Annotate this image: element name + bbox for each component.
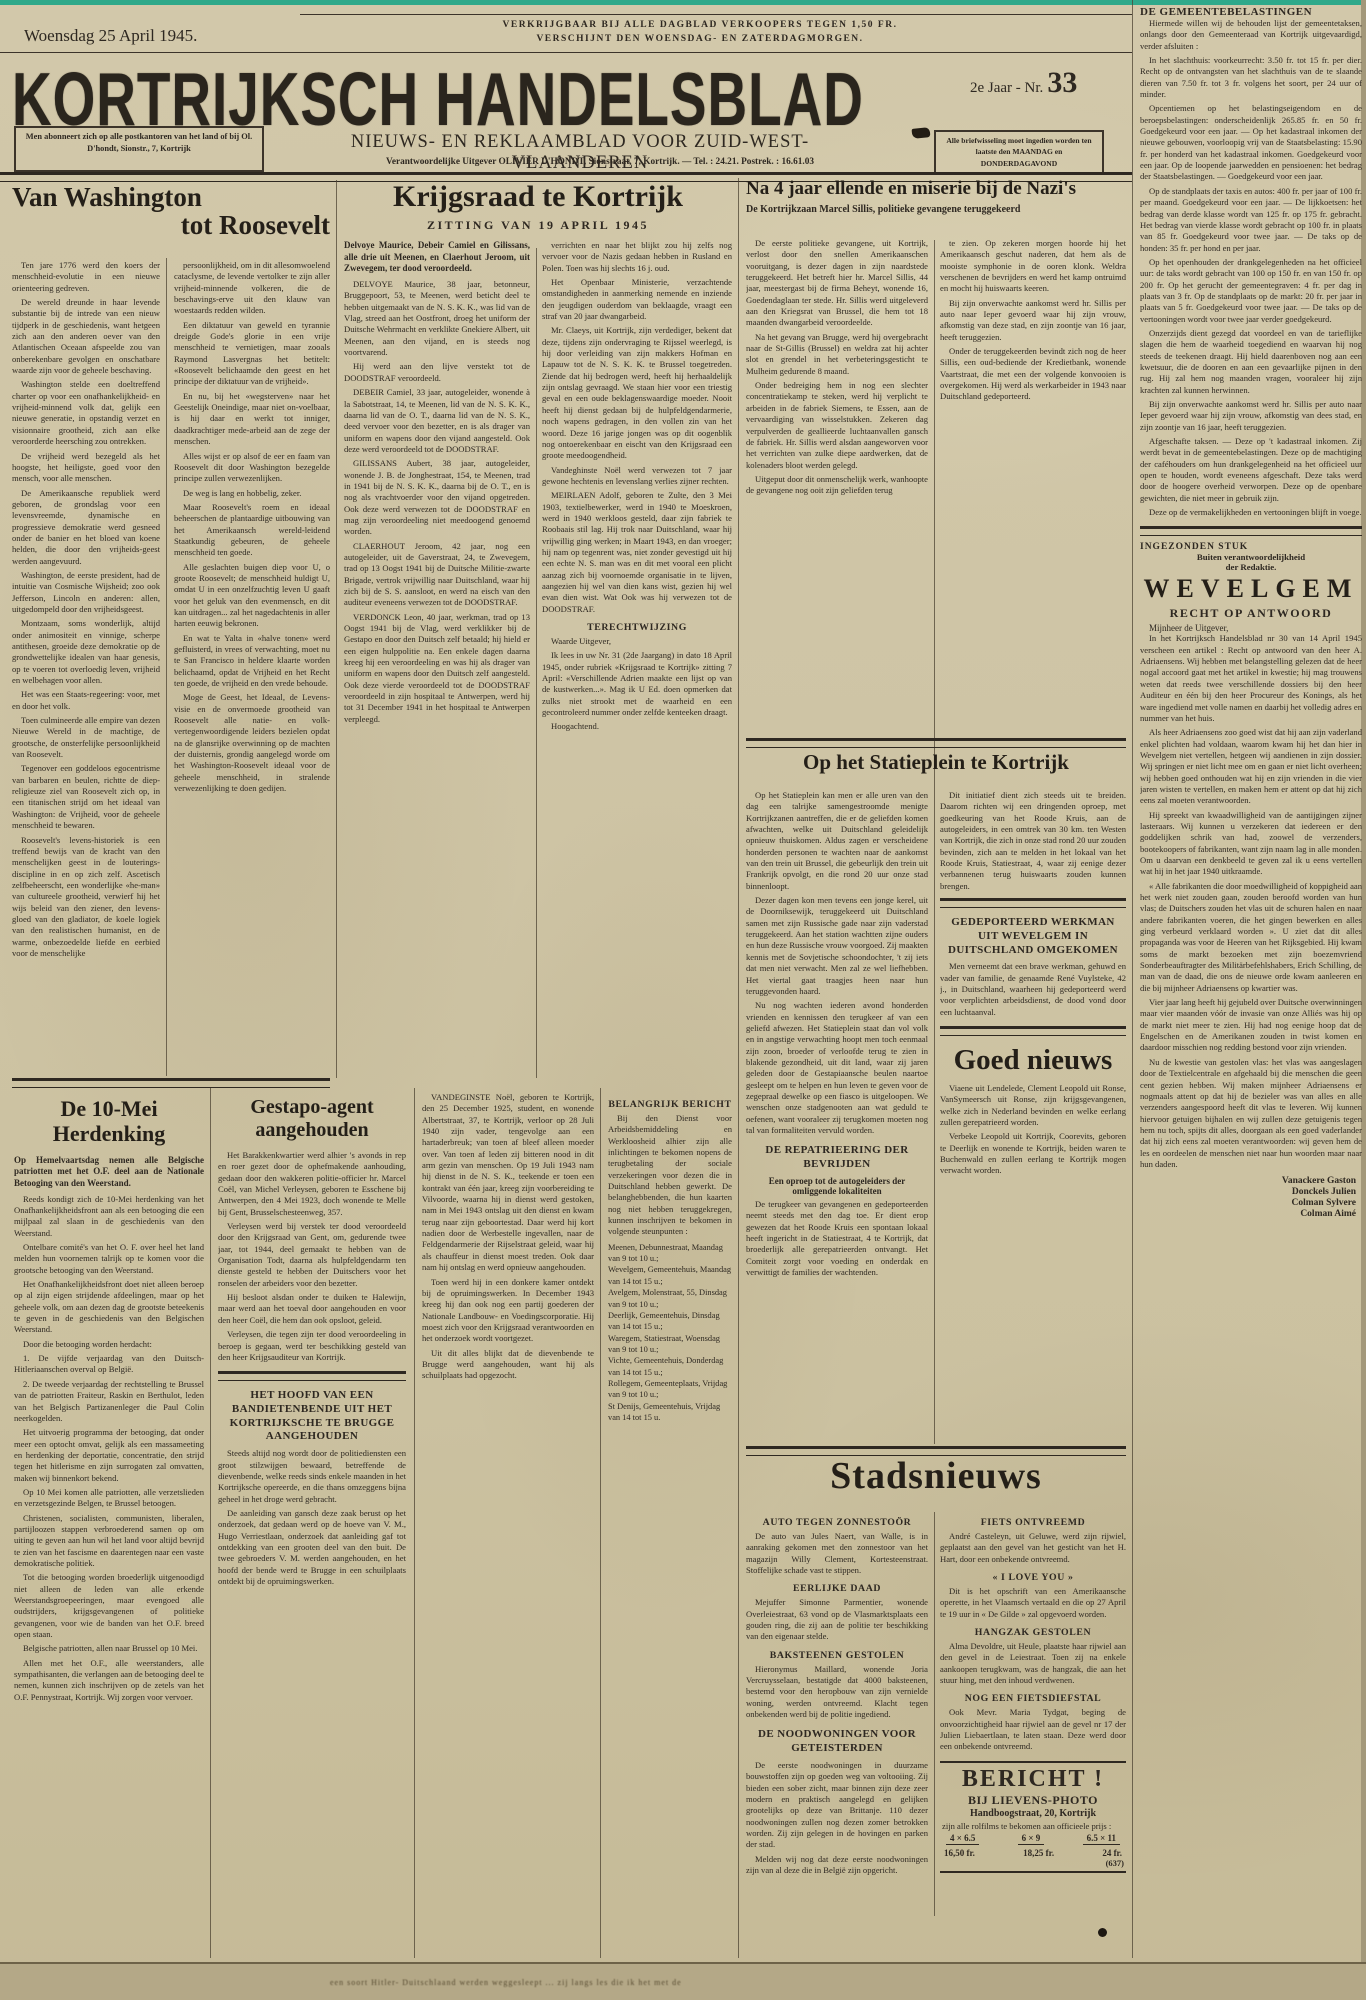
gemeente-body: Hiermede willen wij de behouden lijst de… — [1140, 18, 1362, 518]
price-2: 18,25 fr. — [1023, 1848, 1054, 1858]
header-rule-top — [300, 14, 1132, 15]
statieplein-headline: Op het Statieplein te Kortrijk — [746, 750, 1126, 775]
tenmei-body: Reeds kondigt zich de 10-Mei herdenking … — [14, 1194, 204, 1703]
section-rule — [218, 1371, 406, 1381]
gedeporteerd-heading: GEDEPORTEERD WERKMAN UIT WEVELGEM IN DUI… — [940, 916, 1126, 957]
paragraph: GILISSANS Aubert, 38 jaar, autogeleider,… — [344, 458, 530, 537]
paragraph: De vrijheid werd bezegeld als het hoogst… — [12, 451, 160, 485]
paragraph: 2. De tweede verjaardag der rechtstellin… — [14, 1379, 204, 1424]
paragraph: Steeds altijd nog wordt door de politied… — [218, 1448, 406, 1505]
paragraph: De weg is lang en hobbelig, zeker. — [174, 488, 330, 499]
stadsnieuws-col1: AUTO TEGEN ZONNESTOÖR De auto van Jules … — [746, 1510, 928, 1956]
krijgsraad-col1-body: DELVOYE Maurice, 38 jaar, betonneur, Bru… — [344, 279, 530, 725]
paragraph: Alles wijst er op alsof de eer en faam v… — [174, 451, 330, 485]
paragraph: Rollegem, Gemeenteplaats, Vrijdag van 9 … — [608, 1378, 732, 1401]
price-line-2: VERSCHIJNT DEN WOENSDAG- EN ZATERDAGMORG… — [320, 34, 1080, 44]
ingezonden-kicker: INGEZONDEN STUK — [1140, 542, 1362, 552]
paragraph: Onder bedreiging hem in nog een slechter… — [746, 380, 928, 471]
lead-paragraph: Delvoye Maurice, Debeir Camiel en Giliss… — [344, 240, 530, 275]
section-rule — [1140, 526, 1362, 536]
paragraph: Op 10 Mei komen alle patriotten, alle ve… — [14, 1487, 204, 1510]
paragraph: Hiermede willen wij de behouden lijst de… — [1140, 18, 1362, 52]
price-line-1: VERKRIJGBAAR BIJ ALLE DAGBLAD VERKOOPERS… — [320, 20, 1080, 30]
item-heading: HANGZAK GESTOLEN — [940, 1627, 1126, 1638]
statieplein-col2: Dit initiatief dient zich steeds uit te … — [940, 790, 1126, 1444]
issue-date: Woensdag 25 April 1945. — [24, 26, 197, 46]
paragraph: persoonlijkheid, om in dit allesomwoelen… — [174, 260, 330, 317]
paragraph: Mr. Claeys, uit Kortrijk, zijn verdedige… — [542, 325, 732, 461]
paragraph: Belgische patriotten, allen naar Brussel… — [14, 1643, 204, 1654]
paragraph: En wat te Yalta in «halve tonen» werd ge… — [174, 633, 330, 690]
statieplein-col1: Op het Statieplein kan men er alle uren … — [746, 790, 928, 1444]
newspaper-page: VERKRIJGBAAR BIJ ALLE DAGBLAD VERKOOPERS… — [0, 0, 1366, 2000]
paragraph: Hij besloot alsdan onder te duiken te Ha… — [218, 1292, 406, 1326]
column-rule — [336, 180, 337, 1078]
paragraph: Ik lees in uw Nr. 31 (2de Jaargang) in d… — [542, 650, 732, 718]
paragraph: Dit initiatief dient zich steeds uit te … — [940, 790, 1126, 892]
paragraph: Toen werd hij in een donkere kamer ontde… — [422, 1277, 594, 1345]
paragraph: Allen met het O.F., alle weerstanders, a… — [14, 1658, 204, 1703]
goednieuws-heading: Goed nieuws — [940, 1044, 1126, 1077]
column-rule — [600, 1088, 601, 1958]
paragraph: Montzaam, soms wonderlijk, altijd onder … — [12, 618, 160, 686]
item-heading: EERLIJKE DAAD — [746, 1583, 928, 1594]
item-body: Mejuffer Simonne Parmentier, wonende Ove… — [746, 1597, 928, 1642]
paragraph: En nu, bij het «wegsterven» naar het Gee… — [174, 391, 330, 448]
bericht-prices: 16,50 fr. 18,25 fr. 24 fr. — [942, 1845, 1124, 1858]
item-body: Melden wij nog dat deze eerste noodwonin… — [746, 1854, 928, 1877]
bericht-line1: BIJ LIEVENS-PHOTO — [942, 1793, 1124, 1808]
tenmei-heading: De 10-Mei Herdenking — [14, 1096, 204, 1147]
paragraph: Tegenover een goddeloos egocentrisme van… — [12, 763, 160, 831]
item-body: Dit is het opschrift van een Amerikaansc… — [940, 1586, 1126, 1620]
column-rule — [738, 178, 739, 1958]
item-body: De eerste noodwoningen in duurzame bouws… — [746, 1760, 928, 1851]
paragraph: Tot die betooging worden broederlijk uit… — [14, 1572, 204, 1640]
paragraph: Donckels Julien — [1140, 1187, 1356, 1197]
paragraph: Vandeghinste Noël werd verwezen tot 7 ja… — [542, 465, 732, 488]
wevelgem-subheading: RECHT OP ANTWOORD — [1140, 606, 1362, 621]
bericht-advert: BERICHT ! BIJ LIEVENS-PHOTO Handboogstra… — [940, 1761, 1126, 1873]
paragraph: De eerste politieke gevangene, uit Kortr… — [746, 238, 928, 329]
item-body: De auto van Jules Naert, van Walle, is i… — [746, 1531, 928, 1576]
bericht-title: BERICHT ! — [942, 1767, 1124, 1791]
correspondence-box: Alle briefwisseling moet ingedien worden… — [934, 130, 1104, 174]
wevelgem-heading: WEVELGEM — [1140, 574, 1362, 604]
paragraph: De wereld dreunde in haar levende substa… — [12, 297, 160, 376]
paragraph: Vanackere Gaston — [1140, 1176, 1356, 1186]
paragraph: Colman Sylvere — [1140, 1198, 1356, 1208]
paragraph: te zien. Op zekeren morgen hoorde hij he… — [940, 238, 1126, 295]
column-rule — [414, 1088, 415, 1958]
paragraph: Een diktatuur van geweld en tyrannie dre… — [174, 320, 330, 388]
paragraph: Ontelbare comité's van het O. F. over he… — [14, 1242, 204, 1276]
paragraph: Het was een Staats-regeering: voor, met … — [12, 689, 160, 712]
paragraph: Toen culmineerde alle empire van dezen N… — [12, 715, 160, 760]
paragraph: DELVOYE Maurice, 38 jaar, betonneur, Bru… — [344, 279, 530, 358]
stadsnieuws-heading: Stadsnieuws — [746, 1454, 1126, 1498]
article-washington-headline: Van Washington tot Roosevelt — [12, 182, 330, 241]
bericht-sizes: 4 × 6.5 6 × 9 6.5 × 11 — [942, 1833, 1124, 1845]
belangrijk-body: Bij den Dienst voor Arbeidsbemiddeling e… — [608, 1113, 732, 1238]
torn-page-edge: een soort Hitler- Duitschlaand werden we… — [0, 1962, 1366, 2000]
paragraph: Colman Aimé — [1140, 1209, 1356, 1219]
paragraph: Uitgeput door dit onmenschelijk werk, wa… — [746, 474, 928, 497]
section-rule — [746, 738, 1126, 748]
item-body: André Casteleyn, uit Geluwe, werd zijn r… — [940, 1531, 1126, 1565]
paragraph: Washington stelde een doeltreffend chart… — [12, 379, 160, 447]
paragraph: Waregem, Statiestraat, Woensdag van 9 to… — [608, 1333, 732, 1356]
edition-label: 2e Jaar - Nr. 33 — [970, 66, 1130, 100]
item-body: Ook Mevr. Maria Tydgat, beging de onvoor… — [940, 1707, 1126, 1752]
gemeente-heading: DE GEMEENTEBELASTINGEN — [1140, 6, 1362, 18]
paragraph: Roosevelt's levens-historiek is een tref… — [12, 835, 160, 960]
bericht-line2: Handboogstraat, 20, Kortrijk — [942, 1808, 1124, 1819]
scan-edge-top — [0, 0, 1366, 5]
bericht-note: (637) — [942, 1858, 1124, 1868]
size-3: 6.5 × 11 — [1083, 1833, 1120, 1845]
paragraph: Deze op de vermakelijkheden en vertoonin… — [1140, 507, 1362, 518]
section-rule — [12, 1078, 330, 1088]
paragraph: Hij spreekt van kwaadwilligheid van de a… — [1140, 810, 1362, 878]
krijgsraad-lower-col2: BELANGRIJK BERICHT Bij den Dienst voor A… — [608, 1092, 732, 1958]
paragraph: Als heer Adriaensens zoo goed wist dat h… — [1140, 727, 1362, 806]
ingezonden-kicker3: der Redaktie. — [1140, 562, 1362, 572]
headline-line2: tot Roosevelt — [12, 210, 330, 241]
paragraph: Deerlijk, Gemeentehuis, Dinsdag van 14 t… — [608, 1310, 732, 1333]
bandieten-heading: HET HOOFD VAN EEN BANDIETENBENDE UIT HET… — [218, 1389, 406, 1444]
item-heading: NOG EEN FIETSDIEFSTAL — [940, 1693, 1126, 1704]
paragraph: Door die betooging worden herdacht: — [14, 1339, 204, 1350]
column-rule — [166, 258, 167, 1076]
paragraph: Christenen, socialisten, communisten, li… — [14, 1513, 204, 1570]
paragraph: Moge de Geest, het Ideaal, de Levens-vis… — [174, 692, 330, 794]
paragraph: De Amerikaansche republiek werd geboren,… — [12, 488, 160, 567]
paragraph: Waarde Uitgever, — [542, 636, 732, 647]
paragraph: Bij den Dienst voor Arbeidsbemiddeling e… — [608, 1113, 732, 1238]
newspaper-subtitle: NIEUWS- EN REKLAAMBLAD VOOR ZUID-WEST-VL… — [300, 132, 860, 174]
paragraph: Vier jaar lang heeft hij gejubeld over D… — [1140, 997, 1362, 1054]
column-rule — [1132, 0, 1133, 1958]
bandieten-body: Steeds altijd nog wordt door de politied… — [218, 1448, 406, 1587]
terechtwijzing-heading: TERECHTWIJZING — [542, 622, 732, 633]
column-rule — [210, 1088, 211, 1958]
goednieuws-body: Viaene uit Lendelede, Clement Leopold ui… — [940, 1083, 1126, 1177]
paragraph: Na het gevang van Brugge, werd hij overg… — [746, 332, 928, 377]
ink-speck — [1098, 1928, 1107, 1937]
item-heading: DE NOODWONINGEN VOOR GETEISTERDEN — [746, 1728, 928, 1756]
paragraph: Hij werd aan den lijve verstekt tot de D… — [344, 361, 530, 384]
ingezonden-kicker2: Buiten verantwoordelijkheid — [1140, 552, 1362, 562]
subheadline: ZITTING VAN 19 APRIL 1945 — [344, 218, 732, 233]
paragraph: DEBEIR Camiel, 33 jaar, autogeleider, wo… — [344, 387, 530, 455]
paragraph: verrichten en naar het blijkt zou hij ze… — [542, 240, 732, 274]
paragraph: Het Openbaar Ministerie, verzachtende om… — [542, 277, 732, 322]
washington-col2: persoonlijkheid, om in dit allesomwoelen… — [174, 260, 330, 1078]
column-rule — [934, 1512, 935, 1916]
item-heading: BAKSTEENEN GESTOLEN — [746, 1650, 928, 1661]
paragraph: Afgeschafte taksen. — Deze op 't kadastr… — [1140, 436, 1362, 504]
paragraph: Nu nog wachten iederen avond honderden v… — [746, 1000, 928, 1136]
article-na4jaar-headline: Na 4 jaar ellende en miserie bij de Nazi… — [746, 178, 1128, 215]
wevelgem-letter-body: In het Kortrijksch Handelsblad nr 30 van… — [1140, 633, 1362, 1170]
column-rule — [536, 248, 537, 1078]
edition-number: 33 — [1047, 66, 1077, 99]
paragraph: Opcentiemen op het belastingseigendom en… — [1140, 103, 1362, 182]
right-rail: DE GEMEENTEBELASTINGEN Hiermede willen w… — [1140, 6, 1362, 1956]
paragraph: Vichte, Gemeentehuis, Donderdag van 14 t… — [608, 1355, 732, 1378]
paragraph: Verleysen werd bij verstek ter dood vero… — [218, 1221, 406, 1289]
paragraph: In het Kortrijksch Handelsblad nr 30 van… — [1140, 633, 1362, 724]
header-rule-mid — [0, 52, 1132, 53]
column-rule — [934, 240, 935, 1444]
bericht-line3: zijn alle rolfilms te bekomen aan offici… — [942, 1821, 1124, 1831]
price-3: 24 fr. — [1102, 1848, 1122, 1858]
paragraph: St Denijs, Gemeentehuis, Vrijdag van 14 … — [608, 1401, 732, 1424]
torn-text-fragment: een soort Hitler- Duitschlaand werden we… — [330, 1978, 1366, 1987]
headline: Na 4 jaar ellende en miserie bij de Nazi… — [746, 178, 1128, 200]
gedeporteerd-body: Men verneemt dat een brave werkman, gehu… — [940, 961, 1126, 1018]
publisher-line: Verantwoordelijke Uitgever OLIVIER D'HON… — [280, 157, 920, 167]
steunpunten-schedule: Meenen, Debunnestraat, Maandag van 9 tot… — [608, 1242, 732, 1424]
paragraph: Uit dit alles blijkt dat de dievenbende … — [422, 1348, 594, 1382]
paragraph: Op het openhouden der drankgelegenheden … — [1140, 257, 1362, 325]
paragraph: Hoogachtend. — [542, 721, 732, 732]
belangrijk-heading: BELANGRIJK BERICHT — [608, 1099, 732, 1110]
gestapo-heading: Gestapo-agent aangehouden — [218, 1096, 406, 1142]
paragraph: 1. De vijfde verjaardag van den Duitsch-… — [14, 1353, 204, 1376]
repatrieering-body: De terugkeer van gevangenen en gedeporte… — [746, 1199, 928, 1278]
paragraph: Bij zijn onverwachte aankomst werd hr. S… — [940, 298, 1126, 343]
size-1: 4 × 6.5 — [946, 1833, 979, 1845]
paragraph: Het uitvoerig programma der betooging, d… — [14, 1427, 204, 1484]
krijgsraad-col2-body: verrichten en naar het blijkt zou hij ze… — [542, 240, 732, 615]
paragraph: Avelgem, Molenstraat, 55, Dinsdag van 9 … — [608, 1287, 732, 1310]
na4jaar-col2: te zien. Op zekeren morgen hoorde hij he… — [940, 238, 1126, 736]
item-heading: AUTO TEGEN ZONNESTOÖR — [746, 1517, 928, 1528]
statieplein-col2-body: Dit initiatief dient zich steeds uit te … — [940, 790, 1126, 892]
paragraph: Washington, de eerste president, had de … — [12, 570, 160, 615]
paragraph: Verbeke Leopold uit Kortrijk, Coorevits,… — [940, 1131, 1126, 1176]
paragraph: Verleysen, die tegen zijn ter dood veroo… — [218, 1329, 406, 1363]
terechtwijzing-body: Waarde Uitgever,Ik lees in uw Nr. 31 (2d… — [542, 636, 732, 733]
paragraph: In het slachthuis: voorkeurrecht: 3.50 f… — [1140, 55, 1362, 100]
salutation: Mijnheer de Uitgever, — [1140, 623, 1362, 633]
paragraph: « Alle fabrikanten die door moedwillighe… — [1140, 881, 1362, 994]
paragraph: De terugkeer van gevangenen en gedeporte… — [746, 1199, 928, 1278]
paragraph: CLAERHOUT Jeroom, 42 jaar, nog een autog… — [344, 541, 530, 609]
edition-prefix: 2e Jaar - Nr. — [970, 80, 1043, 96]
paragraph: Dezer dagen kon men tevens een jonge ker… — [746, 895, 928, 997]
paragraph: VANDEGINSTE Noël, geboren te Kortrijk, d… — [422, 1092, 594, 1274]
paragraph: MEIRLAEN Adolf, geboren te Zulte, den 3 … — [542, 490, 732, 615]
size-2: 6 × 9 — [1018, 1833, 1045, 1845]
paragraph: Ten jare 1776 werd den koers der menschh… — [12, 260, 160, 294]
paragraph: Meenen, Debunnestraat, Maandag van 9 tot… — [608, 1242, 732, 1265]
article-gestapo: Gestapo-agent aangehouden Het Barakkenkw… — [218, 1092, 406, 1958]
subscription-box: Men abonneert zich op alle postkantoren … — [14, 126, 264, 172]
paragraph: Op de standplaats der taxis en autos: 40… — [1140, 186, 1362, 254]
paragraph: Wevelgem, Gemeentehuis, Maandag van 14 t… — [608, 1264, 732, 1287]
stadsnieuws-col2: FIETS ONTVREEMD André Casteleyn, uit Gel… — [940, 1510, 1126, 1956]
item-heading: FIETS ONTVREEMD — [940, 1517, 1126, 1528]
paragraph: Maar Roosevelt's roem en ideaal beheersc… — [174, 502, 330, 559]
krijgsraad-lower-col1: VANDEGINSTE Noël, geboren te Kortrijk, d… — [422, 1092, 594, 1958]
repatrieering-subheading: Een oproep tot de autogeleiders der omli… — [746, 1176, 928, 1196]
headline: Krijgsraad te Kortrijk — [344, 180, 732, 214]
gestapo-body: Het Barakkenkwartier werd alhier 's avon… — [218, 1150, 406, 1363]
paragraph: Men verneemt dat een brave werkman, gehu… — [940, 961, 1126, 1018]
paragraph: Op het Statieplein kan men er alle uren … — [746, 790, 928, 892]
ink-mark — [912, 127, 931, 139]
paragraph: VERDONCK Leon, 40 jaar, werkman, trad op… — [344, 612, 530, 725]
item-body: Alma Devoldre, uit Heule, plaatste haar … — [940, 1641, 1126, 1686]
article-tenmei: De 10-Mei Herdenking Op Hemelvaartsdag n… — [14, 1092, 204, 1958]
paragraph: Onder de teruggekeerden bevindt zich nog… — [940, 346, 1126, 403]
repatrieering-heading: DE REPATRIEERING DER BEVRIJDEN — [746, 1144, 928, 1172]
na4jaar-col1: De eerste politieke gevangene, uit Kortr… — [746, 238, 928, 736]
article-krijgsraad-headline: Krijgsraad te Kortrijk ZITTING VAN 19 AP… — [344, 180, 732, 233]
paragraph: Alle geslachten buigen diep voor U, o gr… — [174, 562, 330, 630]
section-rule — [940, 898, 1126, 908]
paragraph: Het Barakkenkwartier werd alhier 's avon… — [218, 1150, 406, 1218]
paragraph: De aanleiding van gansch deze zaak berus… — [218, 1508, 406, 1587]
subheadline: De Kortrijkzaan Marcel Sillis, politieke… — [746, 204, 1128, 215]
paragraph: Viaene uit Lendelede, Clement Leopold ui… — [940, 1083, 1126, 1128]
paragraph: Onzerzijds dient gezegd dat voordeel en … — [1140, 328, 1362, 396]
item-heading: « I LOVE YOU » — [940, 1572, 1126, 1583]
paragraph: Het Onafhankelijkheidsfront doet niet al… — [14, 1279, 204, 1336]
section-rule — [940, 1026, 1126, 1036]
paragraph: Bij zijn onverwachte aankomst werd hr. S… — [1140, 399, 1362, 433]
letter-signatures: Vanackere GastonDonckels JulienColman Sy… — [1140, 1176, 1362, 1219]
statieplein-col1-body: Op het Statieplein kan men er alle uren … — [746, 790, 928, 1136]
price-1: 16,50 fr. — [944, 1848, 975, 1858]
lead-paragraph: Op Hemelvaartsdag nemen alle Belgische p… — [14, 1155, 204, 1190]
paragraph: Nu de kwestie van gestolen vlas: het vla… — [1140, 1057, 1362, 1170]
paragraph: Reeds kondigt zich de 10-Mei herdenking … — [14, 1194, 204, 1239]
krijgsraad-col2: verrichten en naar het blijkt zou hij ze… — [542, 240, 732, 1078]
headline-line1: Van Washington — [12, 182, 330, 213]
item-body: Hieronymus Maillard, wonende Joria Vercr… — [746, 1664, 928, 1721]
washington-col1: Ten jare 1776 werd den koers der menschh… — [12, 260, 160, 1078]
krijgsraad-col1: Delvoye Maurice, Debeir Camiel en Giliss… — [344, 240, 530, 1078]
